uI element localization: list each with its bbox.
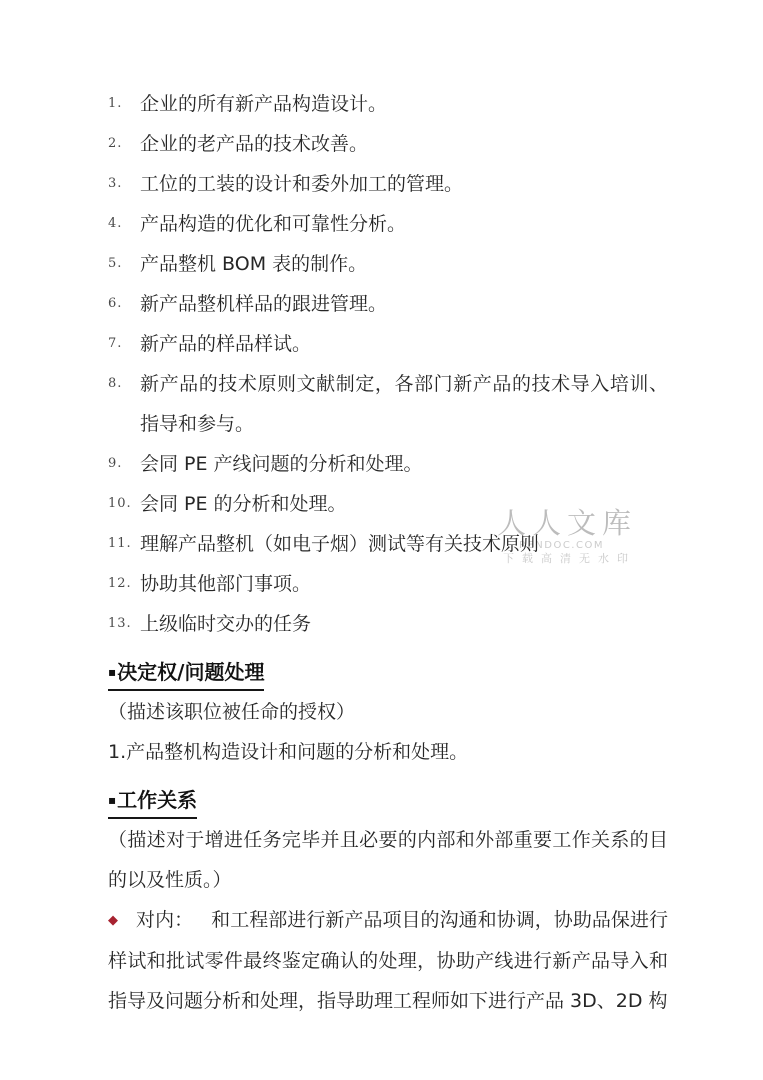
list-item-number: 2.: [108, 124, 140, 164]
list-item-number: 6.: [108, 284, 140, 324]
list-item-number: 10.: [108, 484, 140, 524]
list-item: 12. 协助其他部门事项。: [108, 564, 668, 604]
list-item-number: 11.: [108, 524, 140, 564]
list-item-text: 新产品整机样品的跟进管理。: [140, 284, 668, 324]
heading-text: 决定权/问题处理: [117, 660, 264, 684]
section-heading-decision: ▪决定权/问题处理: [108, 652, 668, 692]
document-page: 人人文库 RENDOC.COM 下载高清无水印 1. 企业的所有新产品构造设计。…: [0, 0, 763, 1080]
list-item-text: 工位的工装的设计和委外加工的管理。: [140, 164, 668, 204]
list-item: 10. 会同 PE 的分析和处理。: [108, 484, 668, 524]
list-item-text: 产品整机 BOM 表的制作。: [140, 244, 668, 284]
list-item: 5. 产品整机 BOM 表的制作。: [108, 244, 668, 284]
list-item: 13. 上级临时交办的任务: [108, 604, 668, 644]
list-item-text: 会同 PE 产线问题的分析和处理。: [140, 444, 668, 484]
list-item: 11. 理解产品整机（如电子烟）测试等有关技术原则: [108, 524, 668, 564]
square-bullet-icon: ▪: [108, 665, 116, 679]
list-item-number: 9.: [108, 444, 140, 484]
list-item: 2. 企业的老产品的技术改善。: [108, 124, 668, 164]
list-item-text: 会同 PE 的分析和处理。: [140, 484, 668, 524]
decision-item: 1.产品整机构造设计和问题的分析和处理。: [108, 732, 668, 772]
list-item-text: 协助其他部门事项。: [140, 564, 668, 604]
list-item-text: 企业的老产品的技术改善。: [140, 124, 668, 164]
list-item: 4. 产品构造的优化和可靠性分析。: [108, 204, 668, 244]
list-item-number: 5.: [108, 244, 140, 284]
heading-underline-wrap: ▪决定权/问题处理: [108, 655, 264, 691]
diamond-bullet-icon: ◆: [108, 913, 118, 928]
list-item-number: 8.: [108, 364, 140, 404]
list-item-number: 13.: [108, 604, 140, 644]
heading-text: 工作关系: [117, 788, 197, 812]
heading-underline-wrap: ▪工作关系: [108, 783, 197, 819]
list-item: 9. 会同 PE 产线问题的分析和处理。: [108, 444, 668, 484]
list-item-number: 4.: [108, 204, 140, 244]
section-heading-relations: ▪工作关系: [108, 780, 668, 820]
list-item-text: 新产品的技术原则文献制定，各部门新产品的技术导入培训、指导和参与。: [140, 364, 668, 444]
internal-label: 对内：: [136, 909, 193, 931]
list-item-text: 新产品的样品样试。: [140, 324, 668, 364]
document-content: 1. 企业的所有新产品构造设计。 2. 企业的老产品的技术改善。 3. 工位的工…: [108, 84, 668, 1021]
decision-note: （描述该职位被任命的授权）: [108, 692, 668, 732]
list-item-text: 上级临时交办的任务: [140, 604, 668, 644]
internal-relations-paragraph: ◆对内：和工程部进行新产品项目的沟通和协调，协助品保进行样试和批试零件最终鉴定确…: [108, 900, 668, 1021]
list-item: 7. 新产品的样品样试。: [108, 324, 668, 364]
list-item-number: 1.: [108, 84, 140, 124]
list-item-text: 企业的所有新产品构造设计。: [140, 84, 668, 124]
relations-note: （描述对于增进任务完毕并且必要的内部和外部重要工作关系的目的以及性质。）: [108, 820, 668, 900]
list-item-text: 产品构造的优化和可靠性分析。: [140, 204, 668, 244]
list-item: 8. 新产品的技术原则文献制定，各部门新产品的技术导入培训、指导和参与。: [108, 364, 668, 444]
duty-list: 1. 企业的所有新产品构造设计。 2. 企业的老产品的技术改善。 3. 工位的工…: [108, 84, 668, 644]
list-item-number: 7.: [108, 324, 140, 364]
list-item-number: 3.: [108, 164, 140, 204]
list-item: 6. 新产品整机样品的跟进管理。: [108, 284, 668, 324]
list-item-number: 12.: [108, 564, 140, 604]
square-bullet-icon: ▪: [108, 793, 116, 807]
list-item: 1. 企业的所有新产品构造设计。: [108, 84, 668, 124]
list-item: 3. 工位的工装的设计和委外加工的管理。: [108, 164, 668, 204]
list-item-text: 理解产品整机（如电子烟）测试等有关技术原则: [140, 524, 668, 564]
